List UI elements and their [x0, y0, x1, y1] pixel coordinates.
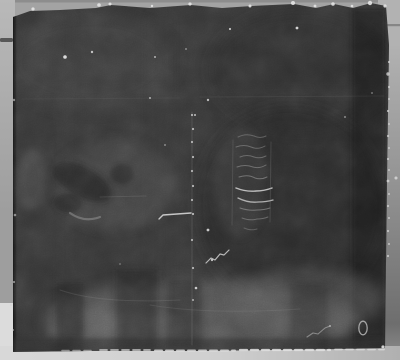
paint-loss-speck: [195, 287, 198, 290]
tacking-edge-notch: [97, 3, 101, 7]
paint-loss-speck: [119, 263, 121, 265]
paint-loss-speck: [371, 92, 373, 94]
paint-loss-speck: [164, 144, 166, 146]
tack-head-dot: [388, 147, 390, 149]
tack-head-dot: [387, 230, 389, 232]
paint-loss-speck: [154, 56, 156, 58]
canvas-grain-texture: [4, 3, 389, 353]
painting: [4, 1, 398, 360]
wall-left-strip: [0, 0, 15, 304]
tack-head-dot: [387, 110, 389, 112]
paint-loss-speck: [185, 48, 187, 50]
left-edge-notch: [10, 304, 12, 306]
tack-head-dot: [386, 72, 389, 75]
tacking-edge-notch: [291, 1, 295, 5]
tack-head-dot: [388, 169, 390, 171]
left-edge-notch: [13, 99, 15, 101]
tack-head-dot: [387, 180, 390, 183]
tack-head-dot: [387, 205, 389, 207]
tack-head-dot: [387, 135, 389, 137]
left-edge-notch: [14, 214, 17, 217]
wall-horizontal-line: [386, 24, 400, 26]
wall-nail-mark: [0, 38, 13, 42]
left-edge-notch: [12, 329, 14, 331]
tack-head-dot: [388, 123, 390, 125]
left-edge-notch: [13, 281, 15, 283]
tacking-edge-notch: [188, 2, 191, 5]
tack-head-dot: [387, 158, 389, 160]
paint-loss-speck: [296, 27, 299, 30]
paint-loss-speck: [207, 229, 210, 232]
paint-loss-speck: [91, 51, 93, 53]
photograph-of-painting: [0, 0, 400, 360]
photo-svg: [0, 0, 400, 360]
tack-head-dot: [388, 217, 390, 219]
tack-head-dot: [395, 177, 398, 180]
paint-loss-speck: [194, 114, 196, 116]
tacking-edge-notch: [351, 5, 354, 8]
tack-head-dot: [388, 86, 390, 88]
paint-loss-speck: [344, 116, 346, 118]
tacking-edge-notch: [331, 2, 335, 6]
tacking-edge-notch: [383, 4, 386, 7]
tacking-edge-notch: [109, 3, 112, 6]
tacking-edge-notch: [151, 5, 153, 7]
wall-top-shadow-line: [0, 0, 400, 3]
tacking-edge-notch: [314, 5, 317, 8]
paint-loss-speck: [63, 55, 67, 59]
paint-loss-speck: [229, 28, 231, 30]
tack-head-dot: [388, 193, 390, 195]
tacking-edge-notch: [31, 7, 34, 10]
tack-head-dot: [387, 255, 389, 257]
tacking-edge-notch: [368, 1, 372, 5]
tack-head-dot: [388, 61, 390, 63]
tack-head-dot: [388, 98, 390, 100]
paint-loss-speck: [207, 99, 209, 101]
tacking-edge-notch: [249, 5, 252, 8]
tack-head-dot: [388, 243, 390, 245]
